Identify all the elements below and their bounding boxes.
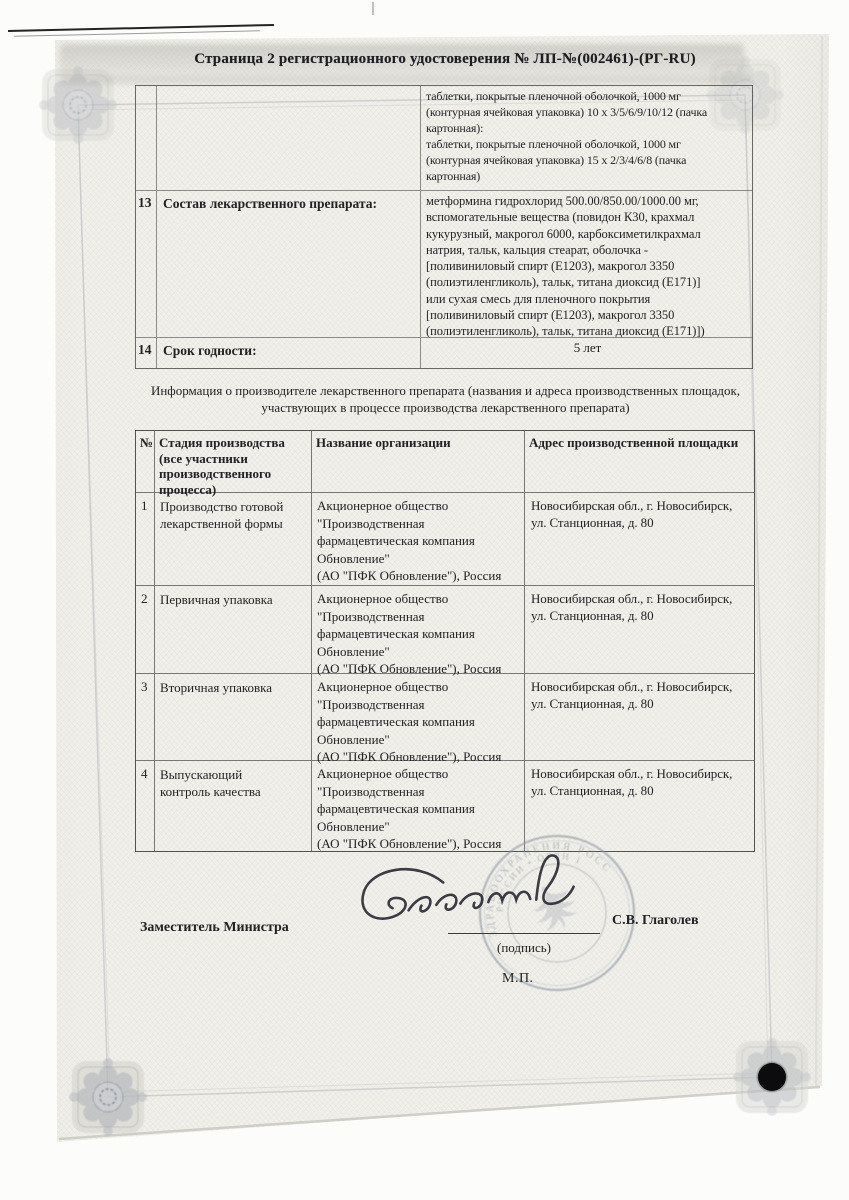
reg-row-13-num: 13	[136, 191, 157, 338]
production-table: № Стадия производства (все участники про…	[135, 430, 755, 852]
stamp-place-caption: М.П.	[502, 971, 534, 987]
reg-row-14-value: 5 лет	[421, 338, 752, 368]
prod-row-num: 2	[136, 586, 155, 674]
prod-header-address: Адрес производственной площадки	[525, 431, 754, 493]
reg-row-continuation-value: таблетки, покрытые пленочной оболочкой, …	[421, 86, 752, 191]
registration-table: таблетки, покрытые пленочной оболочкой, …	[135, 85, 753, 369]
hole-punch-dot	[758, 1063, 786, 1091]
prod-row-address: Новосибирская обл., г. Новосибирск, ул. …	[525, 586, 754, 674]
prod-header-stage: Стадия производства (все участники произ…	[155, 431, 312, 493]
page-header: Страница 2 регистрационного удостоверени…	[135, 51, 755, 68]
signature-line	[448, 916, 600, 934]
reg-row-14-label: Срок годности:	[157, 338, 421, 368]
prod-row-org: Акционерное общество "Производственная ф…	[312, 493, 525, 586]
prod-header-org: Название организации	[312, 431, 525, 493]
reg-row-continuation-num	[136, 86, 157, 191]
manufacturer-info-note: Информация о производителе лекарственног…	[118, 382, 773, 416]
prod-row-num: 4	[136, 761, 155, 851]
prod-row-stage: Вторичная упаковка	[155, 674, 312, 761]
prod-row-stage: Производство готовой лекарственной формы	[155, 493, 312, 586]
reg-row-13-label: Состав лекарственного препарата:	[157, 191, 421, 338]
scan-artifact-tick	[372, 2, 374, 15]
prod-header-num: №	[136, 431, 155, 493]
signature-caption: (подпись)	[448, 940, 600, 956]
prod-row-org: Акционерное общество "Производственная ф…	[312, 586, 525, 674]
reg-row-14-num: 14	[136, 338, 157, 368]
prod-row-org: Акционерное общество "Производственная ф…	[312, 674, 525, 761]
prod-row-address: Новосибирская обл., г. Новосибирск, ул. …	[525, 674, 754, 761]
prod-row-stage: Выпускающий контроль качества	[155, 761, 312, 851]
prod-row-num: 1	[136, 493, 155, 586]
reg-row-continuation-label	[157, 86, 421, 191]
reg-row-13-value: метформина гидрохлорид 500.00/850.00/100…	[421, 191, 752, 338]
prod-row-num: 3	[136, 674, 155, 761]
official-title: Заместитель Министра	[140, 920, 289, 936]
prod-row-address: Новосибирская обл., г. Новосибирск, ул. …	[525, 493, 754, 586]
scan-shading-band-thin	[62, 76, 752, 85]
prod-row-stage: Первичная упаковка	[155, 586, 312, 674]
corner-rosette-bottom-left-icon	[62, 1051, 154, 1143]
signer-name: С.В. Глаголев	[612, 913, 699, 929]
